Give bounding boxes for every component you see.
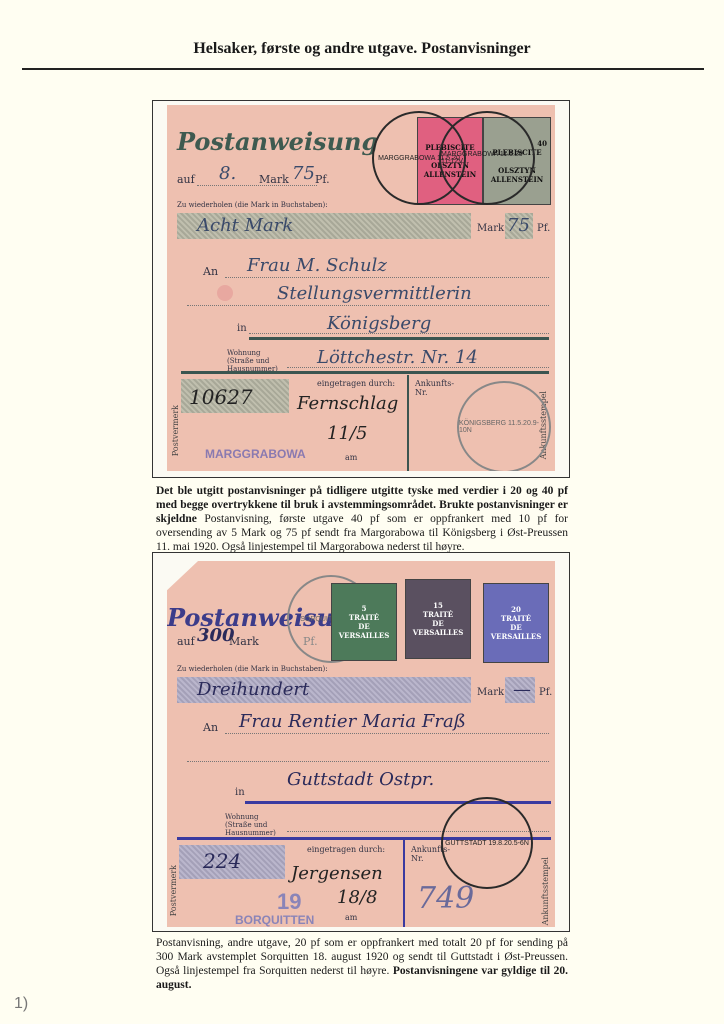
auf-label: auf <box>177 173 195 186</box>
in-label: in <box>237 323 247 334</box>
linestamp-number: 19 <box>277 889 301 915</box>
ankunfts-label: Ankunfts-Nr. <box>415 379 451 397</box>
city: Königsberg <box>327 313 431 334</box>
mark-label-2: Mark <box>477 223 504 234</box>
register-number: 224 <box>203 849 241 873</box>
amount-pf: 75 <box>292 163 315 184</box>
stamp-versailles-15pf: 15TRAITÉDEVERSAILLES <box>405 579 471 659</box>
signature: Fernschlag <box>297 393 398 414</box>
recipient-name: Frau Rentier Maria Fraß <box>239 711 466 732</box>
title-rule <box>22 68 704 70</box>
amount-mark: 8. <box>219 163 236 184</box>
page-title: Helsaker, første og andre utgave. Postan… <box>0 40 724 58</box>
money-order-1: Postanweisung auf 8. Mark 75 Pf. Zu wied… <box>167 105 555 471</box>
recipient-line2: Stellungsvermittlerin <box>277 283 472 304</box>
card-heading: Postanweisung <box>177 127 378 156</box>
ankunft-number: 749 <box>417 881 474 916</box>
pf-repeat: 75 <box>507 215 530 236</box>
money-order-2-frame: Postanweisung auf 300 Mark Pf. Zu wieder… <box>152 552 570 932</box>
an-label: An <box>203 721 218 734</box>
caption-1-text: Postanvisning, første utgave 40 pf som e… <box>156 513 568 553</box>
street: Löttchestr. Nr. 14 <box>317 347 478 368</box>
pf-label-2: Pf. <box>539 687 552 698</box>
city: Guttstadt Ostpr. <box>287 769 434 790</box>
pf-label-2: Pf. <box>537 223 550 234</box>
amount-words: Acht Mark <box>197 215 293 236</box>
date-handwritten: 18/8 <box>337 887 377 908</box>
postmark-konigsberg: KÖNIGSBERG 11.5.20.9-10N <box>457 381 551 471</box>
mark-label-2: Mark <box>477 687 504 698</box>
margin-mark: 1) <box>14 995 28 1013</box>
stamp-versailles-5pf: 5TRAITÉDEVERSAILLES <box>331 583 397 661</box>
pf-label: Pf. <box>315 173 330 186</box>
punch-hole <box>217 285 233 301</box>
ankunftsstempel-label: Ankunftsstempel <box>541 857 550 925</box>
linestamp-borquitten: BORQUITTEN <box>235 913 314 927</box>
auf-label: auf <box>177 635 195 648</box>
linestamp-margrabowa: MARGGRABOWA <box>205 447 306 461</box>
mark-label: Mark <box>259 173 289 186</box>
postvermerk-label: Postvermerk <box>169 865 178 916</box>
am-label: am <box>345 913 357 922</box>
eingetragen-label: eingetragen durch: <box>307 845 385 854</box>
stamp-versailles-20pf: 20TRAITÉDEVERSAILLES <box>483 583 549 663</box>
recipient-name: Frau M. Schulz <box>247 255 387 276</box>
wohnung-label: Wohnung (Straße und Hausnummer) <box>227 349 287 373</box>
eingetragen-label: eingetragen durch: <box>317 379 395 388</box>
in-label: in <box>235 787 245 798</box>
register-number: 10627 <box>189 385 253 409</box>
caption-1: Det ble utgitt postanvisninger på tidlig… <box>156 484 568 554</box>
wohnung-label: Wohnung (Straße und Hausnummer) <box>225 813 285 837</box>
am-label: am <box>345 453 357 462</box>
money-order-1-frame: Postanweisung auf 8. Mark 75 Pf. Zu wied… <box>152 100 570 478</box>
signature: Jergensen <box>291 863 383 884</box>
pf-repeat: — <box>513 679 531 700</box>
mark-label: Mark <box>229 635 259 648</box>
an-label: An <box>203 265 218 278</box>
postvermerk-label: Postvermerk <box>171 405 180 456</box>
repeat-label: Zu wiederholen (die Mark in Buchstaben): <box>177 201 328 209</box>
postmark-guttstadt: GUTTSTADT 19.8.20.5-6N <box>441 797 533 889</box>
amount-words: Dreihundert <box>197 679 309 700</box>
date-handwritten: 11/5 <box>327 423 367 444</box>
postmark-margrabowa-2: MARGGRABOWA 11.5.20 11-12V <box>439 111 535 205</box>
caption-2: Postanvisning, andre utgave, 20 pf som e… <box>156 936 568 992</box>
repeat-label: Zu wiederholen (die Mark in Buchstaben): <box>177 665 328 673</box>
money-order-2: Postanweisung auf 300 Mark Pf. Zu wieder… <box>167 561 555 927</box>
